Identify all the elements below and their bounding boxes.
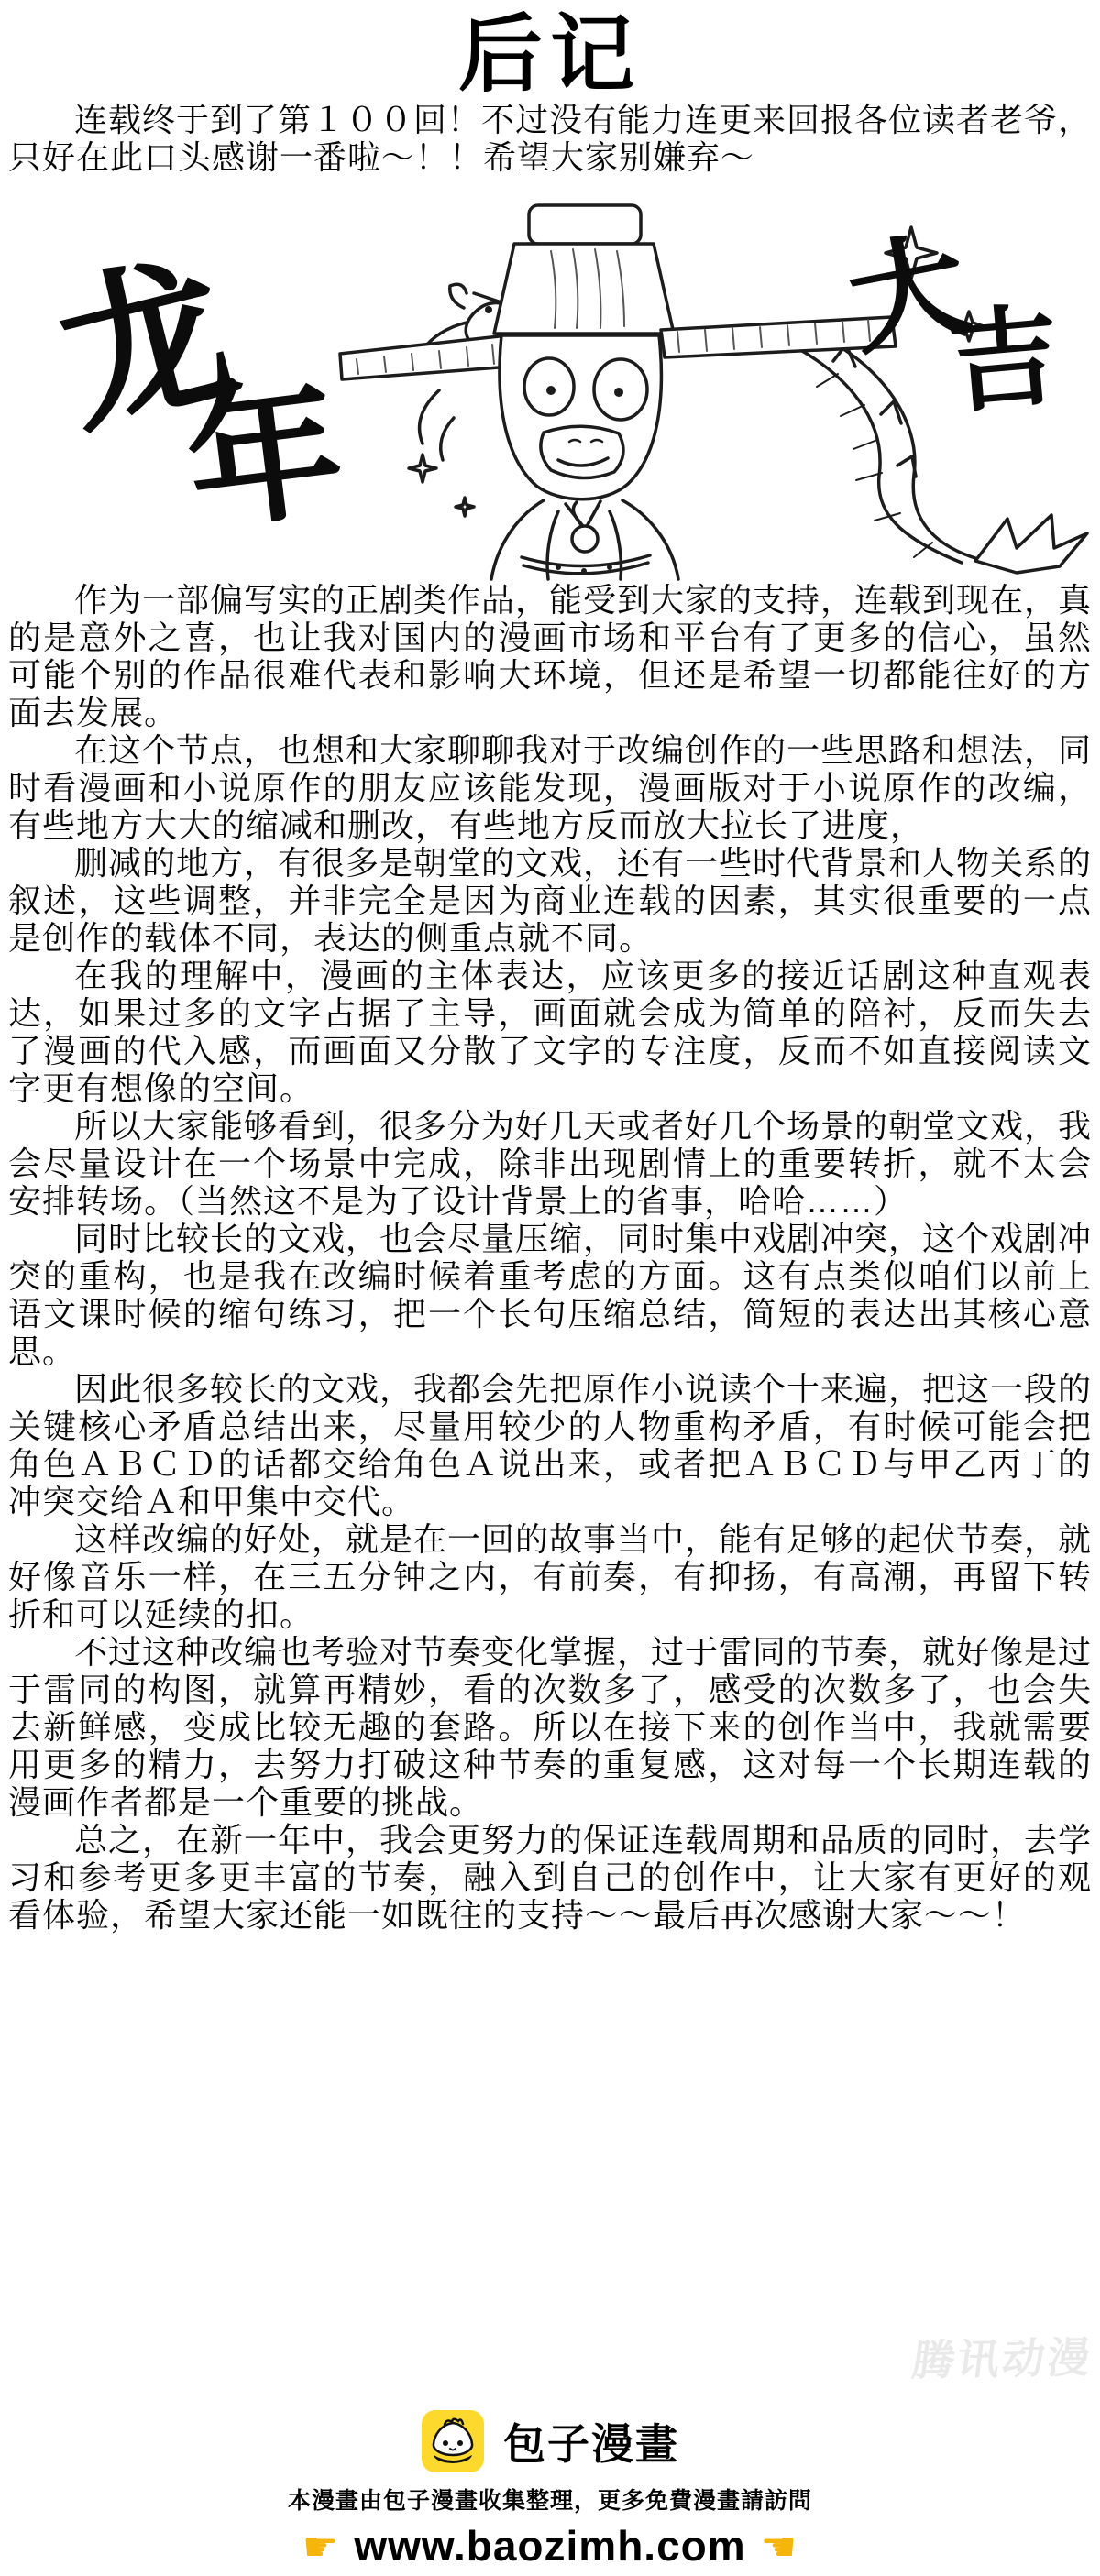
paragraph: 总之，在新一年中，我会更努力的保证连载周期和品质的同时，去学习和参考更多更丰富的…	[8, 1821, 1092, 1934]
pointing-right-hand-icon: ☛	[288, 2525, 354, 2570]
character-robe-sketch	[491, 500, 678, 579]
site-url-row: ☛www.baozimh.com☚	[0, 2521, 1100, 2571]
paragraph: 因此很多较长的文戏，我都会先把原作小说读个十来遍，把这一段的关键核心矛盾总结出来…	[8, 1370, 1092, 1520]
paragraph: 不过这种改编也考验对节奏变化掌握，过于雷同的节奏，就好像是过于雷同的构图，就算再…	[8, 1633, 1092, 1821]
page-title: 后记	[0, 0, 1100, 101]
baozi-logo-icon	[421, 2409, 485, 2473]
afterword-text: 连载终于到了第１００回！不过没有能力连更来回报各位读者老爷，只好在此口头感谢一番…	[0, 101, 1100, 1934]
footer-notice: 本漫畫由包子漫畫收集整理，更多免費漫畫請訪問	[0, 2483, 1100, 2516]
paragraph: 连载终于到了第１００回！不过没有能力连更来回报各位读者老爷，只好在此口头感谢一番…	[8, 101, 1092, 176]
pointing-left-hand-icon: ☚	[746, 2525, 812, 2570]
paragraph: 删减的地方，有很多是朝堂的文戏，还有一些时代背景和人物关系的叙述，这些调整，并非…	[8, 844, 1092, 957]
site-url[interactable]: www.baozimh.com	[354, 2522, 745, 2570]
calligraphy-luck-char: 吉	[944, 301, 1063, 421]
brand-name: 包子漫畫	[503, 2411, 679, 2472]
paragraph: 在我的理解中，漫画的主体表达，应该更多的接近话剧这种直观表达，如果过多的文字占据…	[8, 957, 1092, 1107]
footer: 包子漫畫 本漫畫由包子漫畫收集整理，更多免費漫畫請訪問 ☛www.baozimh…	[0, 2409, 1100, 2571]
character-face-sketch	[500, 335, 661, 499]
paragraph: 在这个节点，也想和大家聊聊我对于改编创作的一些思路和想法，同时看漫画和小说原作的…	[8, 731, 1092, 844]
afterword-page: 后记 连载终于到了第１００回！不过没有能力连更来回报各位读者老爷，只好在此口头感…	[0, 0, 1100, 2576]
paragraph: 作为一部偏写实的正剧类作品，能受到大家的支持，连载到现在，真的是意外之喜，也让我…	[8, 581, 1092, 731]
tencent-comics-watermark: 腾讯动漫	[909, 2324, 1097, 2387]
brand-row: 包子漫畫	[0, 2409, 1100, 2473]
dragon-year-illustration: 龙 年 大 吉	[8, 198, 1092, 581]
paragraph: 所以大家能够看到，很多分为好几天或者好几个场景的朝堂文戏，我会尽量设计在一个场景…	[8, 1107, 1092, 1220]
paragraph: 同时比较长的文戏，也会尽量压缩，同时集中戏剧冲突，这个戏剧冲突的重构，也是我在改…	[8, 1220, 1092, 1370]
paragraph: 这样改编的好处，就是在一回的故事当中，能有足够的起伏节奏，就好像音乐一样，在三五…	[8, 1520, 1092, 1633]
calligraphy-year-char: 年	[179, 370, 350, 542]
